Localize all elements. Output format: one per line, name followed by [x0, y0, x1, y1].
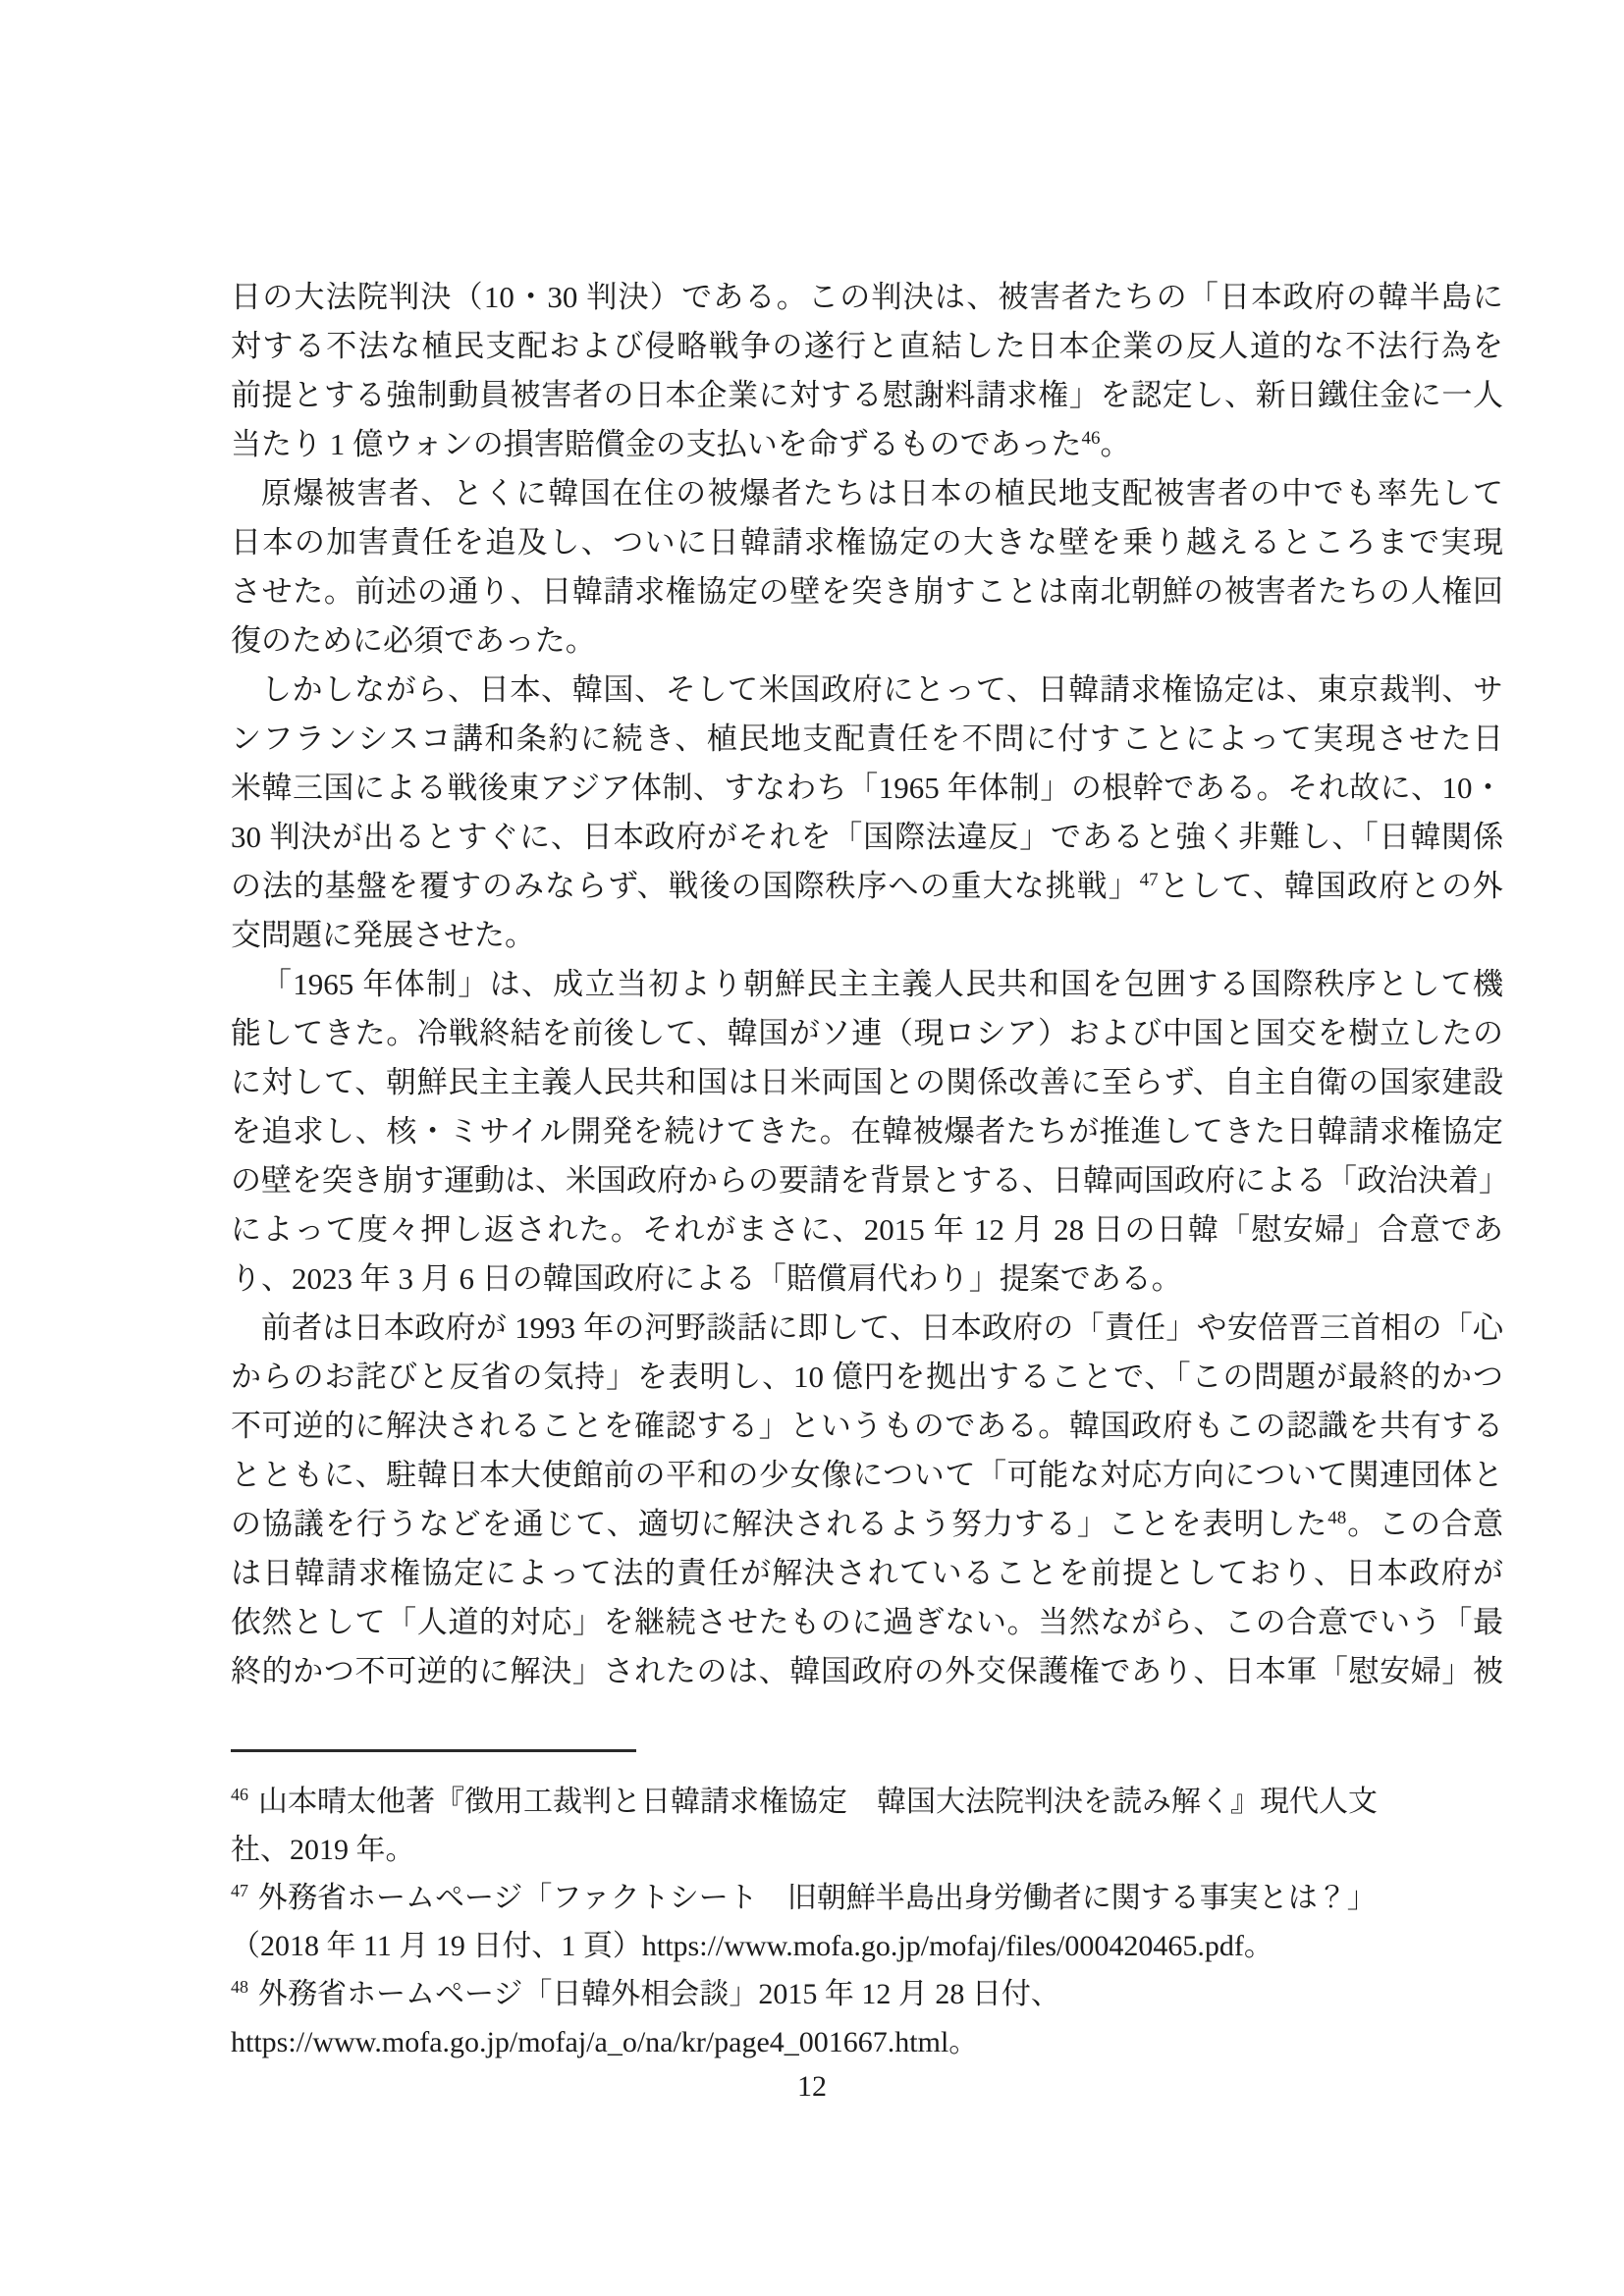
body-line: 終的かつ不可逆的に解決」されたのは、韓国政府の外交保護権であり、日本軍「慰安婦」… [231, 1647, 1503, 1696]
body-line: に対して、朝鮮民主主義人民共和国は日米両国との関係改善に至らず、自主自衛の国家建… [231, 1058, 1503, 1107]
body-line: によって度々押し返された。それがまさに、2015 年 12 月 28 日の日韓「… [231, 1205, 1503, 1255]
body-line: 前者は日本政府が 1993 年の河野談話に即して、日本政府の「責任」や安倍晋三首… [231, 1304, 1503, 1353]
footnote-line: （2018 年 11 月 19 日付、1 頁）https://www.mofa.… [231, 1922, 1503, 1970]
footnote-line: 46山本晴太他著『徴用工裁判と日韓請求権協定 韓国大法院判決を読み解く』現代人文 [231, 1778, 1503, 1826]
footnote-line: 社、2019 年。 [231, 1826, 1503, 1874]
page-number: 12 [0, 2066, 1624, 2108]
footnote-marker: 47 [231, 1881, 248, 1900]
footnote: 48外務省ホームページ「日韓外相会談」2015 年 12 月 28 日付、 ht… [231, 1970, 1503, 2066]
body-line: 原爆被害者、とくに韓国在住の被爆者たちは日本の植民地支配被害者の中でも率先して [231, 469, 1503, 518]
body-line: 日本の加害責任を追及し、ついに日韓請求権協定の大きな壁を乗り越えるところまで実現 [231, 518, 1503, 567]
paragraph: 「1965 年体制」は、成立当初より朝鮮民主主義人民共和国を包囲する国際秩序とし… [231, 960, 1503, 1304]
body-line-text: 当たり 1 億ウォンの損害賠償金の支払いを命ずるものであった [231, 427, 1081, 461]
body-line-text: 。この合意 [1346, 1507, 1503, 1541]
body-line: させた。前述の通り、日韓請求権協定の壁を突き崩すことは南北朝鮮の被害者たちの人権… [231, 567, 1503, 616]
footnote-line: 47外務省ホームページ「ファクトシート 旧朝鮮半島出身労働者に関する事実とは？」 [231, 1874, 1503, 1922]
body-line: とともに、駐韓日本大使館前の平和の少女像について「可能な対応方向について関連団体… [231, 1451, 1503, 1500]
footnote-ref-48: 48 [1327, 1508, 1346, 1528]
body-line: ンフランシスコ講和条約に続き、植民地支配責任を不問に付すことによって実現させた日 [231, 715, 1503, 764]
body-line: を追求し、核・ミサイル開発を続けてきた。在韓被爆者たちが推進してきた日韓請求権協… [231, 1107, 1503, 1156]
body-line: からのお詫びと反省の気持」を表明し、10 億円を拠出することで、「この問題が最終… [231, 1353, 1503, 1402]
footnote: 46山本晴太他著『徴用工裁判と日韓請求権協定 韓国大法院判決を読み解く』現代人文… [231, 1778, 1503, 1874]
paragraph: 日の大法院判決（10・30 判決）である。この判決は、被害者たちの「日本政府の韓… [231, 273, 1503, 469]
body-line: しかしながら、日本、韓国、そして米国政府にとって、日韓請求権協定は、東京裁判、サ [231, 666, 1503, 715]
footnotes: 46山本晴太他著『徴用工裁判と日韓請求権協定 韓国大法院判決を読み解く』現代人文… [231, 1778, 1503, 2066]
body-line: は日韓請求権協定によって法的責任が解決されていることを前提としており、日本政府が [231, 1549, 1503, 1598]
body-line: 復のために必須であった。 [231, 616, 1503, 666]
body-line: 依然として「人道的対応」を継続させたものに過ぎない。当然ながら、この合意でいう「… [231, 1598, 1503, 1647]
body-line: 当たり 1 億ウォンの損害賠償金の支払いを命ずるものであった46。 [231, 420, 1503, 469]
body-line: 不可逆的に解決されることを確認する」というものである。韓国政府もこの認識を共有す… [231, 1402, 1503, 1451]
body-line: の協議を行うなどを通じて、適切に解決されるよう努力する」ことを表明した48。この… [231, 1500, 1503, 1549]
footnote-separator [231, 1749, 636, 1752]
footnote-text: 山本晴太他著『徴用工裁判と日韓請求権協定 韓国大法院判決を読み解く』現代人文 [258, 1786, 1378, 1818]
footnote-line: https://www.mofa.go.jp/mofaj/a_o/na/kr/p… [231, 2018, 1503, 2066]
body-line-text: として、韓国政府との外 [1159, 869, 1503, 903]
body-line: の壁を突き崩す運動は、米国政府からの要請を背景とする、日韓両国政府による「政治決… [231, 1156, 1503, 1205]
footnote: 47外務省ホームページ「ファクトシート 旧朝鮮半島出身労働者に関する事実とは？」… [231, 1874, 1503, 1970]
body-line: 交問題に発展させた。 [231, 911, 1503, 960]
paragraph: 原爆被害者、とくに韓国在住の被爆者たちは日本の植民地支配被害者の中でも率先して … [231, 469, 1503, 666]
body-line: 「1965 年体制」は、成立当初より朝鮮民主主義人民共和国を包囲する国際秩序とし… [231, 960, 1503, 1009]
body-text: 日の大法院判決（10・30 判決）である。この判決は、被害者たちの「日本政府の韓… [231, 273, 1503, 1696]
body-line: 能してきた。冷戦終結を前後して、韓国がソ連（現ロシア）および中国と国交を樹立した… [231, 1009, 1503, 1058]
body-line-text: の協議を行うなどを通じて、適切に解決されるよう努力する」ことを表明した [231, 1507, 1327, 1541]
footnote-text: 外務省ホームページ「ファクトシート 旧朝鮮半島出身労働者に関する事実とは？」 [258, 1882, 1377, 1914]
footnote-marker: 48 [231, 1977, 248, 1997]
footnote-line: 48外務省ホームページ「日韓外相会談」2015 年 12 月 28 日付、 [231, 1970, 1503, 2018]
body-line: の法的基盤を覆すのみならず、戦後の国際秩序への重大な挑戦」47として、韓国政府と… [231, 862, 1503, 911]
body-line: 日の大法院判決（10・30 判決）である。この判決は、被害者たちの「日本政府の韓… [231, 273, 1503, 322]
document-page: 日の大法院判決（10・30 判決）である。この判決は、被害者たちの「日本政府の韓… [0, 0, 1624, 2296]
paragraph: 前者は日本政府が 1993 年の河野談話に即して、日本政府の「責任」や安倍晋三首… [231, 1304, 1503, 1696]
body-line: 米韓三国による戦後東アジア体制、すなわち「1965 年体制」の根幹である。それ故… [231, 764, 1503, 813]
body-line-text: 。 [1100, 427, 1130, 461]
footnote-marker: 46 [231, 1785, 248, 1804]
footnote-text: 外務省ホームページ「日韓外相会談」2015 年 12 月 28 日付、 [258, 1978, 1060, 2010]
paragraph: しかしながら、日本、韓国、そして米国政府にとって、日韓請求権協定は、東京裁判、サ… [231, 666, 1503, 960]
body-line: 対する不法な植民支配および侵略戦争の遂行と直結した日本企業の反人道的な不法行為を [231, 322, 1503, 371]
footnote-ref-46: 46 [1081, 428, 1100, 449]
body-line: り、2023 年 3 月 6 日の韓国政府による「賠償肩代わり」提案である。 [231, 1255, 1503, 1304]
footnote-ref-47: 47 [1140, 870, 1159, 890]
body-line-text: の法的基盤を覆すのみならず、戦後の国際秩序への重大な挑戦」 [231, 869, 1140, 903]
body-line: 30 判決が出るとすぐに、日本政府がそれを「国際法違反」であると強く非難し、「日… [231, 813, 1503, 862]
body-line: 前提とする強制動員被害者の日本企業に対する慰謝料請求権」を認定し、新日鐵住金に一… [231, 371, 1503, 420]
